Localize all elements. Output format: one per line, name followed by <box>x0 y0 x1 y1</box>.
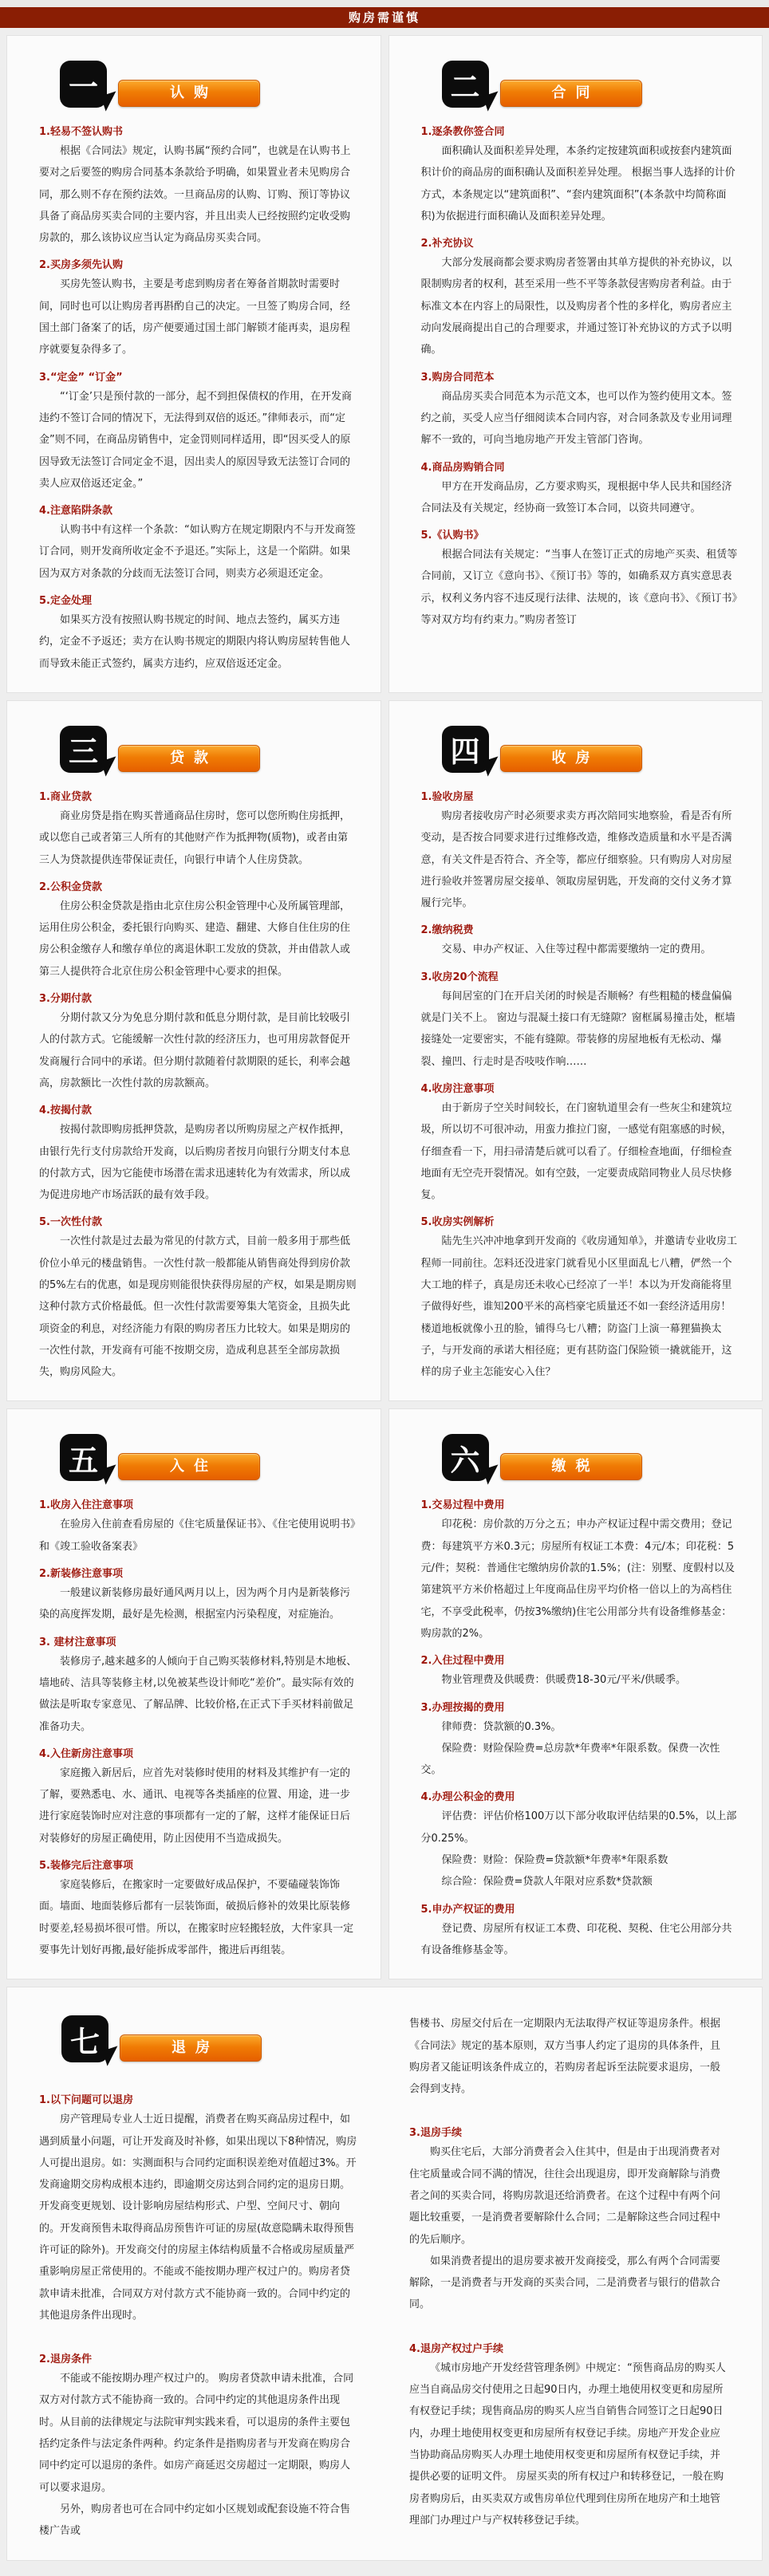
item-title: 1.收房入住注意事项 <box>39 1496 358 1511</box>
right-column: 售楼书、房屋交付后在一定期限内无法取得产权证等退房条件。根据《合同法》规定的基本… <box>387 1987 762 2531</box>
item-title: 5.申办产权证的费用 <box>421 1900 740 1916</box>
item-paragraph: 面积确认及面积差异处理，本条约定按建筑面积或按套内建筑面积计价的商品房的面积确认… <box>421 140 740 227</box>
section-tab: 退房 <box>120 2034 262 2062</box>
section-number-badge: 二 <box>442 61 489 108</box>
item-title: 2.公积金贷款 <box>39 878 358 893</box>
item-paragraph: 陆先生兴冲冲地拿到开发商的《收房通知单》，并邀请专业收房工程师一同前往。怎料还没… <box>421 1231 740 1383</box>
item-paragraph: 分期付款又分为免息分期付款和低息分期付款，是目前比较吸引人的付款方式。它能缓解一… <box>39 1007 358 1094</box>
item-paragraph: 《城市房地产开发经营管理条例》中规定：“预售商品房的购买人应当自商品房交付使用之… <box>409 2357 730 2531</box>
section-card: 七 退房 1.以下问题可以退房房产管理局专业人士近日提醒，消费者在购买商品房过程… <box>6 1987 763 2560</box>
section-header: 一 认购 <box>7 36 381 112</box>
item-title: 2.补充协议 <box>421 234 740 250</box>
section-number: 五 <box>69 1436 98 1479</box>
item-paragraph: 装修房子,越来越多的人倾向于自己购买装修材料,特别是木地板、墙地砖、洁具等装修主… <box>39 1651 358 1738</box>
item-paragraph: 一般建议新装修房最好通风两月以上，因为两个月内是新装修污染的高度挥发期，最好是先… <box>39 1582 358 1626</box>
item-title: 3.收房20个流程 <box>421 968 740 983</box>
items-list: 1.验收房屋购房者接收房产时必须要求卖方再次陪同实地察验，看是否有所变动，是否按… <box>389 778 763 1384</box>
section-number: 三 <box>69 727 98 770</box>
item-title: 4.注意陷阱条款 <box>39 502 358 517</box>
item-title: 4.收房注意事项 <box>421 1080 740 1095</box>
item-paragraph: 保险费：财险：保险费=贷款额*年费率*年限系数 <box>421 1849 740 1871</box>
item-title: 3.分期付款 <box>39 990 358 1005</box>
section-tab: 认购 <box>118 80 260 107</box>
item-paragraph: 如果消费者提出的退房要求被开发商接受，那么有两个合同需要解除，一是消费者与开发商… <box>409 2251 730 2316</box>
section-number: 六 <box>451 1436 480 1479</box>
item-title: 1.交易过程中费用 <box>421 1496 740 1511</box>
item-title: 5.收房实例解析 <box>421 1213 740 1228</box>
section-header: 六 缴税 <box>389 1409 763 1486</box>
two-column-wrap: 七 退房 1.以下问题可以退房房产管理局专业人士近日提醒，消费者在购买商品房过程… <box>7 1987 762 2542</box>
item-title: 4.入住新房注意事项 <box>39 1745 358 1760</box>
item-paragraph: 购买住宅后，大部分消费者会入住其中，但是由于出现消费者对住宅质量或合同不满的情况… <box>409 2141 730 2250</box>
item-paragraph: 另外，购房者也可在合同中约定如小区规划或配套设施不符合售楼广告或 <box>39 2499 360 2543</box>
item-paragraph: 甲方在开发商品房，乙方要求购买，现根据中华人民共和国经济合同法及有关规定，经协商… <box>421 476 740 520</box>
items-list: 1.轻易不签认购书根据《合同法》规定，认购书属“预约合同”，也就是在认购书上要对… <box>7 112 381 675</box>
item-paragraph: 物业管理费及供暖费：供暖费18-30元/平米/供暖季。 <box>421 1669 740 1691</box>
page-title: 购房需谨慎 <box>349 10 420 25</box>
section-card: 五 入住 1.收房入住注意事项在验房入住前查看房屋的《住宅质量保证书》、《住宅使… <box>6 1408 381 1979</box>
item-title: 5.定金处理 <box>39 592 358 607</box>
section-tab: 贷款 <box>118 745 260 772</box>
section-card: 二 合同 1.逐条教你签合同面积确认及面积差异处理，本条约定按建筑面积或按套内建… <box>388 35 763 693</box>
items-list: 1.商业贷款商业房贷是指在购买普通商品住房时，您可以您所购住房抵押，或以您自己或… <box>7 778 381 1384</box>
item-title: 2.缴纳税费 <box>421 921 740 936</box>
section-tab: 收房 <box>500 745 642 772</box>
item-paragraph: 房产管理局专业人士近日提醒，消费者在购买商品房过程中，如遇到质量小问题，可让开发… <box>39 2109 360 2326</box>
item-paragraph: 交易、申办产权证、入住等过程中都需要缴纳一定的费用。 <box>421 939 740 960</box>
left-column: 七 退房 1.以下问题可以退房房产管理局专业人士近日提醒，消费者在购买商品房过程… <box>7 1987 387 2542</box>
item-title: 1.以下问题可以退房 <box>39 2091 360 2106</box>
item-paragraph: 不能或不能按期办理产权过户的。 购房者贷款申请未批准，合同双方对付款方式不能协商… <box>39 2368 360 2499</box>
section-header: 三 贷款 <box>7 701 381 778</box>
section-number-badge: 五 <box>60 1434 107 1481</box>
item-paragraph: 如果买方没有按照认购书规定的时间、地点去签约，属买方违约，定金不予返还；卖方在认… <box>39 609 358 675</box>
item-title: 4.退房产权过户手续 <box>409 2340 730 2355</box>
item-title: 5.《认购书》 <box>421 526 740 542</box>
item-paragraph: 登记费、房屋所有权证工本费、印花税、契税、住宅公用部分共有设备维修基金等。 <box>421 1918 740 1962</box>
item-title: 2.入住过程中费用 <box>421 1652 740 1667</box>
section-number-badge: 三 <box>60 726 107 773</box>
items-list: 1.收房入住注意事项在验房入住前查看房屋的《住宅质量保证书》、《住宅使用说明书》… <box>7 1486 381 1961</box>
section-tab: 合同 <box>500 80 642 107</box>
item-title: 1.商业贷款 <box>39 788 358 803</box>
item-title: 2.退房条件 <box>39 2350 360 2365</box>
section-number-badge: 一 <box>60 61 107 108</box>
section-number-badge: 七 <box>61 2015 108 2062</box>
item-title: 4.办理公积金的费用 <box>421 1788 740 1803</box>
item-paragraph: 大部分发展商都会要求购房者签署由其单方提供的补充协议，以限制购房者的权利，甚至采… <box>421 252 740 360</box>
item-title: 2.新装修注意事项 <box>39 1565 358 1580</box>
section-number-badge: 四 <box>442 726 489 773</box>
item-paragraph: 保险费：财险保险费=总房款*年费率*年限系数。保费一次性交。 <box>421 1738 740 1782</box>
item-title: 3.办理按揭的费用 <box>421 1699 740 1714</box>
header-bar: 购房需谨慎 <box>0 7 769 28</box>
section-header: 二 合同 <box>389 36 763 112</box>
item-title: 3.退房手续 <box>409 2124 730 2139</box>
item-title: 3. 建材注意事项 <box>39 1633 358 1648</box>
item-title: 2.买房多须先认购 <box>39 256 358 271</box>
item-title: 1.验收房屋 <box>421 788 740 803</box>
section-card: 一 认购 1.轻易不签认购书根据《合同法》规定，认购书属“预约合同”，也就是在认… <box>6 35 381 693</box>
sections-grid: 一 认购 1.轻易不签认购书根据《合同法》规定，认购书属“预约合同”，也就是在认… <box>0 28 769 2576</box>
section-card: 四 收房 1.验收房屋购房者接收房产时必须要求卖方再次陪同实地察验，看是否有所变… <box>388 700 763 1402</box>
item-title: 3.购房合同范本 <box>421 368 740 384</box>
item-paragraph: 综合险：保险费=贷款人年限对应系数*贷款额 <box>421 1871 740 1893</box>
item-paragraph: 印花税：房价款的万分之五；申办产权证过程中需交费用；登记费：每建筑平方米0.3元… <box>421 1514 740 1644</box>
item-paragraph: 评估费：评估价格100万以下部分收取评估结果的0.5%，以上部分0.25%。 <box>421 1806 740 1849</box>
item-title: 4.按揭付款 <box>39 1101 358 1117</box>
section-card: 三 贷款 1.商业贷款商业房贷是指在购买普通商品住房时，您可以您所购住房抵押，或… <box>6 700 381 1402</box>
item-title: 4.商品房购销合同 <box>421 459 740 474</box>
item-title: 1.轻易不签认购书 <box>39 123 358 138</box>
item-paragraph: 家庭装修后，在搬家时一定要做好成品保护，不要磕碰装饰饰面。墙面、地面装修后都有一… <box>39 1874 358 1961</box>
items-list: 1.逐条教你签合同面积确认及面积差异处理，本条约定按建筑面积或按套内建筑面积计价… <box>389 112 763 631</box>
item-paragraph: 按揭付款即购房抵押贷款，是购房者以所购房屋之产权作抵押，由银行先行支付房款给开发… <box>39 1119 358 1206</box>
item-paragraph: 认购书中有这样一个条款：“如认购方在规定期限内不与开发商签订合同，则开发商所收定… <box>39 519 358 585</box>
section-number: 一 <box>69 63 98 106</box>
section-number-badge: 六 <box>442 1434 489 1481</box>
item-paragraph: 住房公积金贷款是指由北京住房公积金管理中心及所属管理部，运用住房公积金，委托银行… <box>39 896 358 983</box>
section-tab: 入住 <box>118 1453 260 1480</box>
item-paragraph: 在验房入住前查看房屋的《住宅质量保证书》、《住宅使用说明书》和《竣工验收备案表》 <box>39 1514 358 1558</box>
item-title: 5.装修完后注意事项 <box>39 1857 358 1872</box>
items-list: 1.交易过程中费用印花税：房价款的万分之五；申办产权证过程中需交费用；登记费：每… <box>389 1486 763 1961</box>
item-paragraph: 商品房买卖合同范本为示范文本，也可以作为签约使用文本。签约之前，买受人应当仔细阅… <box>421 386 740 451</box>
item-title: 1.逐条教你签合同 <box>421 123 740 138</box>
item-title: 5.一次性付款 <box>39 1213 358 1228</box>
section-number: 四 <box>451 727 480 770</box>
item-paragraph: 商业房贷是指在购买普通商品住房时，您可以您所购住房抵押，或以您自己或者第三人所有… <box>39 805 358 871</box>
item-paragraph: 购房者接收房产时必须要求卖方再次陪同实地察验，看是否有所变动，是否按合同要求进行… <box>421 805 740 914</box>
item-paragraph: 由于新房子空关时间较长，在门窗轨道里会有一些灰尘和建筑垃圾，所以切不可很冲动，用… <box>421 1097 740 1206</box>
item-paragraph: 售楼书、房屋交付后在一定期限内无法取得产权证等退房条件。根据《合同法》规定的基本… <box>409 2013 730 2100</box>
section-header: 五 入住 <box>7 1409 381 1486</box>
item-paragraph: “‘订金’只是预付款的一部分，起不到担保债权的作用，在开发商违约不签订合同的情况… <box>39 386 358 494</box>
item-paragraph: 每间居室的门在开启关闭的时候是否顺畅？有些粗糙的楼盘偏偏就是门关不上。 窗边与混… <box>421 986 740 1073</box>
item-paragraph: 家庭搬入新居后，应首先对装修时使用的材料及其维护有一定的了解，要熟悉电、水、通讯… <box>39 1763 358 1849</box>
item-paragraph: 律师费：贷款额的0.3%。 <box>421 1716 740 1738</box>
section-header: 七 退房 <box>39 1991 360 2067</box>
item-paragraph: 一次性付款是过去最为常见的付款方式，目前一般多用于那些低价位小单元的楼盘销售。一… <box>39 1231 358 1383</box>
section-tab: 缴税 <box>500 1453 642 1480</box>
item-paragraph: 买房先签认购书，主要是考虑到购房者在筹备首期款时需要时间，同时也可以让购房者再斟… <box>39 274 358 360</box>
section-card: 六 缴税 1.交易过程中费用印花税：房价款的万分之五；申办产权证过程中需交费用；… <box>388 1408 763 1979</box>
section-number: 二 <box>451 63 480 106</box>
section-number: 七 <box>70 2018 100 2061</box>
item-paragraph: 根据合同法有关规定：“当事人在签订正式的房地产买卖、租赁等合同前，又订立《意向书… <box>421 544 740 631</box>
item-paragraph: 根据《合同法》规定，认购书属“预约合同”，也就是在认购书上要对之后要签的购房合同… <box>39 140 358 249</box>
item-title: 3.“定金” “订金” <box>39 368 358 384</box>
section-header: 四 收房 <box>389 701 763 778</box>
